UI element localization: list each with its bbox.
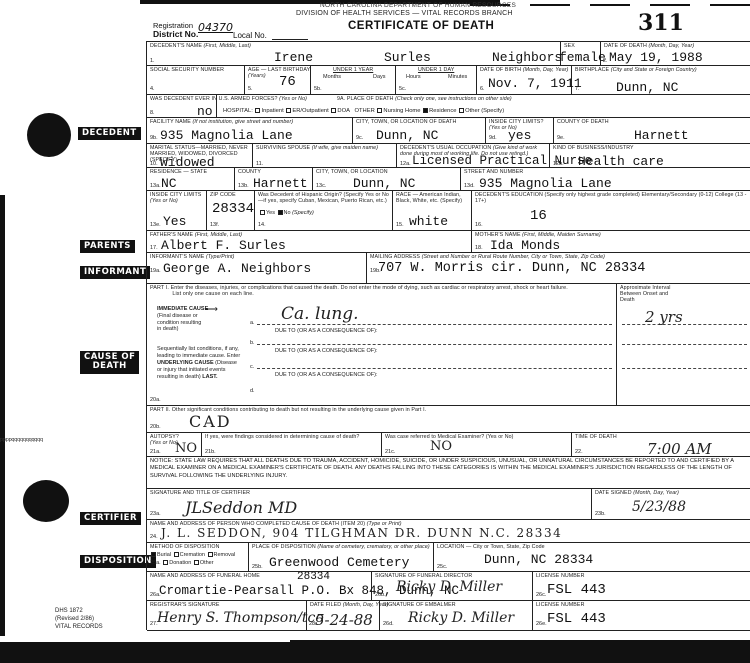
interval-line-a[interactable] bbox=[622, 324, 747, 325]
label-funeral-home: NAME AND ADDRESS OF FUNERAL HOME bbox=[150, 573, 260, 579]
checkbox-er-outpatient[interactable] bbox=[286, 108, 291, 113]
option-label: Inpatient bbox=[261, 108, 283, 114]
value-res-inside-limits: Yes bbox=[163, 214, 186, 229]
value-certifier-signature: JLSeddon MD bbox=[185, 498, 297, 517]
field-findings: If yes, were findings considered in dete… bbox=[202, 433, 382, 456]
value-facility: 935 Magnolia Lane bbox=[160, 128, 293, 143]
side-tab-parents: PARENTS bbox=[80, 240, 135, 253]
checkbox-hispanic-yes[interactable] bbox=[260, 210, 265, 215]
item-number: 8. bbox=[150, 110, 155, 116]
label-findings: If yes, were findings considered in dete… bbox=[205, 434, 359, 440]
label-method: METHOD OF DISPOSITION bbox=[150, 544, 220, 550]
field-date-of-death: DATE OF DEATH (Month, Day, Year) 2. May … bbox=[601, 42, 750, 65]
item-number: 13b. bbox=[238, 183, 249, 189]
field-father: FATHER'S NAME (First, Middle, Last) 17. … bbox=[147, 231, 472, 252]
option-label: Removal bbox=[214, 552, 236, 558]
row-decedent-name: DECEDENT'S NAME (First, Middle, Last) 1.… bbox=[147, 42, 750, 66]
section-cause-part2: PART II. Other significant conditions co… bbox=[147, 406, 750, 433]
item-number: 9c. bbox=[356, 135, 363, 141]
row-autopsy: AUTOPSY?(Yes or No) 21a. NO If yes, were… bbox=[147, 433, 750, 457]
label-hospital: HOSPITAL: bbox=[223, 108, 253, 114]
field-place-of-disposition: PLACE OF DISPOSITION (Name of cemetery, … bbox=[249, 543, 434, 571]
value-disposition-location: Dunn, NC 28334 bbox=[484, 552, 593, 567]
line-letter: c. bbox=[250, 364, 254, 370]
field-residence-county: COUNTY 13b. Harnett bbox=[235, 168, 313, 190]
value-father: Albert F. Surles bbox=[161, 238, 286, 253]
item-number: 15. bbox=[396, 222, 404, 228]
row-funeral-home: NAME AND ADDRESS OF FUNERAL HOME 28334 2… bbox=[147, 572, 750, 601]
item-number: 13f. bbox=[210, 222, 219, 228]
value-residence-city: Dunn, NC bbox=[353, 176, 415, 191]
checkbox-other[interactable] bbox=[459, 108, 464, 113]
value-education: 16 bbox=[530, 208, 547, 224]
value-residence-county: Harnett bbox=[253, 176, 308, 191]
side-tab-certifier: CERTIFIER bbox=[80, 512, 141, 525]
cause-line-a[interactable] bbox=[257, 324, 612, 325]
line-letter: d. bbox=[250, 388, 255, 394]
field-date-of-birth: DATE OF BIRTH (Month, Day, Year) 6. Nov.… bbox=[477, 66, 572, 94]
item-number: 25a. bbox=[150, 560, 161, 566]
value-informant-address: 707 W. Morris cir. Dunn, NC 28334 bbox=[378, 261, 645, 276]
item-number: 24. bbox=[150, 534, 158, 540]
method-options: Burial Cremation Removal 25a. Donation O… bbox=[150, 551, 235, 568]
label-residence-county: COUNTY bbox=[238, 169, 261, 175]
row-marital: MARITAL STATUS—Married, Never Married, W… bbox=[147, 144, 750, 168]
item-number: 25c. bbox=[437, 564, 447, 570]
value-date-signed: 5/23/88 bbox=[632, 499, 686, 515]
option-label: Burial bbox=[157, 552, 171, 558]
checkbox-other-disposition[interactable] bbox=[194, 560, 199, 565]
label-birthplace: BIRTHPLACE (City and State or Foreign Co… bbox=[575, 67, 697, 73]
field-funeral-director: SIGNATURE OF FUNERAL DIRECTOR 26b. Ricky… bbox=[372, 572, 533, 600]
form-revised: (Revised 2/86) bbox=[55, 616, 103, 624]
field-registrar-signature: REGISTRAR'S SIGNATURE 27. Henry S. Thomp… bbox=[147, 601, 307, 630]
value-director-license: FSL 443 bbox=[547, 582, 606, 598]
agency-line-1: NORTH CAROLINA DEPARTMENT OF HUMAN RESOU… bbox=[320, 2, 516, 9]
side-tab-informant: INFORMANT bbox=[80, 266, 150, 279]
item-number: 13d. bbox=[464, 183, 475, 189]
label-sequential-hint: Sequentially list conditions, if any, le… bbox=[157, 346, 241, 380]
row-informant: INFORMANT'S NAME (Type/Print) 19a. Georg… bbox=[147, 253, 750, 284]
form-dept: VITAL RECORDS bbox=[55, 624, 103, 632]
label-date-signed: DATE SIGNED (Month, Day, Year) bbox=[595, 490, 679, 496]
field-res-inside-limits: INSIDE CITY LIMITS(Yes or No) 13e. Yes bbox=[147, 191, 207, 230]
label-decedent-name: DECEDENT'S NAME (First, Middle, Last) bbox=[150, 43, 251, 49]
label-disposition-location: LOCATION — City or Town, State, Zip Code bbox=[437, 544, 545, 550]
value-armed-forces: no bbox=[197, 104, 213, 119]
value-autopsy: NO bbox=[175, 441, 197, 456]
label-other: OTHER bbox=[355, 108, 375, 114]
item-number: 23b. bbox=[595, 511, 606, 517]
value-date-of-death: May 19, 1988 bbox=[609, 50, 703, 65]
row-certifier: SIGNATURE AND TITLE OF CERTIFIER 23a. JL… bbox=[147, 489, 750, 520]
value-informant-name: George A. Neighbors bbox=[163, 261, 311, 276]
field-marital-status: MARITAL STATUS—Married, Never Married, W… bbox=[147, 144, 253, 167]
label-minutes: Minutes bbox=[448, 74, 467, 80]
side-tab-cause-line2: DEATH bbox=[84, 362, 135, 371]
value-middle-name: Surles bbox=[384, 50, 431, 65]
field-under-1-day: UNDER 1 DAY Hours Minutes 5c. bbox=[396, 66, 477, 94]
section-cause-part1: PART I. Enter the diseases, injuries, or… bbox=[147, 284, 750, 406]
value-completed-by: J. L. SEDDON, 904 TILGHMAN DR. DUNN N.C.… bbox=[161, 526, 562, 540]
death-certificate-form: DECEDENT'S NAME (First, Middle, Last) 1.… bbox=[146, 41, 750, 630]
label-registrar-signature: REGISTRAR'S SIGNATURE bbox=[150, 602, 220, 608]
value-date-filed: 5-24-88 bbox=[315, 611, 373, 629]
option-label: Cremation bbox=[180, 552, 205, 558]
label-under-1-year: UNDER 1 YEAR bbox=[333, 67, 373, 73]
value-age: 76 bbox=[279, 74, 296, 90]
me-notice: NOTICE: STATE LAW REQUIRES THAT ALL DEAT… bbox=[150, 458, 747, 480]
field-mother: MOTHER'S NAME (First, Middle, Maiden Sur… bbox=[472, 231, 750, 252]
registration-label-line2: District No. bbox=[153, 29, 198, 39]
value-race: white bbox=[409, 214, 448, 229]
item-number: 20b. bbox=[150, 424, 161, 430]
option-label: (Specify) bbox=[292, 210, 314, 216]
item-number: 7. bbox=[575, 86, 580, 92]
option-label: Other bbox=[200, 560, 214, 566]
value-interval-a: 2 yrs bbox=[645, 308, 683, 326]
value-residence-state: NC bbox=[161, 176, 177, 191]
field-age: AGE — Last Birthday(Years) 5. 76 bbox=[245, 66, 311, 94]
item-number: 21b. bbox=[205, 449, 216, 455]
field-me-referred: Was case referred to Medical Examiner? (… bbox=[382, 433, 572, 456]
item-number: 17. bbox=[150, 245, 158, 251]
label-informant-address: MAILING ADDRESS (Street and Number or Ru… bbox=[370, 254, 605, 260]
local-no-field bbox=[272, 39, 308, 40]
field-race: RACE — American Indian, Black, White, et… bbox=[393, 191, 472, 230]
label-director-license: LICENSE NUMBER bbox=[536, 573, 585, 579]
value-cause-a: Ca. lung. bbox=[281, 304, 359, 324]
form-code: DHS 1872 (Revised 2/86) VITAL RECORDS bbox=[55, 608, 103, 631]
row-residence: RESIDENCE — STATE 13a. NC COUNTY 13b. Ha… bbox=[147, 168, 750, 191]
label-due-to-c: DUE TO (OR AS A CONSEQUENCE OF): bbox=[275, 372, 377, 378]
item-number: 6. bbox=[480, 86, 485, 92]
item-number: 21c. bbox=[385, 449, 395, 455]
option-label: Nursing Home bbox=[383, 108, 420, 114]
item-number: 9b. bbox=[150, 135, 158, 141]
field-education: DECEDENT'S EDUCATION (Specify only highe… bbox=[472, 191, 750, 230]
side-tab-cause-of-death: CAUSE OF DEATH bbox=[80, 351, 139, 374]
label-immediate-hint: (Final disease or condition resulting in… bbox=[157, 313, 207, 333]
field-disposition-location: LOCATION — City or Town, State, Zip Code… bbox=[434, 543, 750, 571]
item-number: 12a. bbox=[400, 161, 411, 167]
value-mother: Ida Monds bbox=[490, 238, 560, 253]
part1-instructions: PART I. Enter the diseases, injuries, or… bbox=[150, 285, 568, 297]
field-facility-name: FACILITY NAME (If not institution, give … bbox=[147, 118, 353, 143]
side-tab-decedent: DECEDENT bbox=[78, 127, 141, 140]
field-ssn: SOCIAL SECURITY NUMBER 4. bbox=[147, 66, 245, 94]
field-time-of-death: TIME OF DEATH 22. 7:00 AM bbox=[572, 433, 750, 456]
field-place-of-death: 9a. PLACE OF DEATH (Check only one, see … bbox=[217, 95, 750, 117]
cause-line-c[interactable] bbox=[257, 368, 612, 369]
item-number: 5b. bbox=[314, 86, 322, 92]
item-number: 4. bbox=[150, 86, 155, 92]
field-method-of-disposition: METHOD OF DISPOSITION Burial Cremation R… bbox=[147, 543, 249, 571]
label-immediate-cause: IMMEDIATE CAUSE bbox=[157, 306, 208, 312]
row-place-of-death: WAS DECEDENT EVER IN U.S. ARMED FORCES? … bbox=[147, 95, 750, 118]
field-surviving-spouse: SURVIVING SPOUSE (If wife, give maiden n… bbox=[253, 144, 397, 167]
checkbox-nursing-home[interactable] bbox=[377, 108, 382, 113]
item-number: 25b. bbox=[252, 564, 263, 570]
line-letter: a. bbox=[250, 320, 255, 326]
option-label: No bbox=[284, 210, 291, 216]
item-number: 9e. bbox=[557, 135, 565, 141]
label-race: RACE — American Indian, Black, White, et… bbox=[396, 192, 472, 204]
label-place-of-death: 9a. PLACE OF DEATH (Check only one, see … bbox=[337, 96, 512, 102]
scan-edge-bottom bbox=[0, 640, 750, 663]
label-date-of-death: DATE OF DEATH (Month, Day, Year) bbox=[604, 43, 694, 49]
label-death-city: CITY, TOWN, OR LOCATION OF DEATH bbox=[356, 119, 456, 125]
label-embalmer: SIGNATURE OF EMBALMER bbox=[383, 602, 456, 608]
label-due-to-a: DUE TO (OR AS A CONSEQUENCE OF): bbox=[275, 328, 377, 334]
checkbox-hispanic-no-checked[interactable] bbox=[278, 210, 283, 215]
field-informant-address: MAILING ADDRESS (Street and Number or Ru… bbox=[367, 253, 750, 283]
option-label: Yes bbox=[266, 210, 275, 216]
item-number: 16. bbox=[475, 222, 483, 228]
label-facility: FACILITY NAME (If not institution, give … bbox=[150, 119, 293, 125]
local-no-label: Local No. bbox=[233, 31, 267, 40]
value-funeral-home-zip: 28334 bbox=[297, 571, 330, 583]
line-letter: b. bbox=[250, 340, 255, 346]
field-sex: SEX female bbox=[561, 42, 601, 65]
registration-district-number: 04370 bbox=[198, 21, 233, 34]
field-autopsy: AUTOPSY?(Yes or No) 21a. NO bbox=[147, 433, 202, 456]
field-residence-state: RESIDENCE — STATE 13a. NC bbox=[147, 168, 235, 190]
item-number: 13e. bbox=[150, 222, 161, 228]
cause-line-b[interactable] bbox=[257, 344, 612, 345]
field-embalmer-license: LICENSE NUMBER 26e. FSL 443 bbox=[533, 601, 750, 630]
value-sex: female bbox=[559, 50, 606, 65]
label-hours: Hours bbox=[406, 74, 421, 80]
field-embalmer: SIGNATURE OF EMBALMER 26d. Ricky D. Mill… bbox=[380, 601, 533, 630]
field-armed-forces: WAS DECEDENT EVER IN U.S. ARMED FORCES? … bbox=[147, 95, 217, 117]
label-embalmer-license: LICENSE NUMBER bbox=[536, 602, 585, 608]
value-inside-limits: yes bbox=[508, 128, 531, 143]
option-label: Other (Specify) bbox=[465, 108, 504, 114]
field-street: STREET AND NUMBER 13d. 935 Magnolia Lane bbox=[461, 168, 750, 190]
field-birthplace: BIRTHPLACE (City and State or Foreign Co… bbox=[572, 66, 750, 94]
field-funeral-home: NAME AND ADDRESS OF FUNERAL HOME 28334 2… bbox=[147, 572, 372, 600]
value-me-referred: NO bbox=[430, 439, 452, 454]
field-director-license: LICENSE NUMBER 26c. FSL 443 bbox=[533, 572, 750, 600]
value-place-of-disposition: Greenwood Cemetery bbox=[269, 555, 409, 570]
certificate-title: CERTIFICATE OF DEATH bbox=[348, 20, 494, 32]
row-demographics: INSIDE CITY LIMITS(Yes or No) 13e. Yes Z… bbox=[147, 191, 750, 231]
item-number: 9d. bbox=[489, 135, 497, 141]
label-date-of-birth: DATE OF BIRTH (Month, Day, Year) bbox=[480, 67, 568, 73]
field-date-signed: DATE SIGNED (Month, Day, Year) 23b. 5/23… bbox=[592, 489, 750, 519]
row-notice: NOTICE: STATE LAW REQUIRES THAT ALL DEAT… bbox=[147, 457, 750, 489]
field-date-filed: DATE FILED (Month, Day, Year) 28. 5-24-8… bbox=[307, 601, 380, 630]
checkbox-doa[interactable] bbox=[331, 108, 336, 113]
option-label: Residence bbox=[429, 108, 456, 114]
label-residence-state: RESIDENCE — STATE bbox=[150, 169, 207, 175]
label-date-filed: DATE FILED (Month, Day, Year) bbox=[310, 602, 389, 608]
place-of-death-options: HOSPITAL: Inpatient ER/Outpatient DOA OT… bbox=[223, 108, 504, 114]
item-number: 11. bbox=[256, 161, 263, 167]
item-number: 26c. bbox=[536, 592, 546, 598]
label-county-of-death: COUNTY OF DEATH bbox=[557, 119, 609, 125]
item-number: 2. bbox=[603, 58, 608, 64]
field-certifier-signature: SIGNATURE AND TITLE OF CERTIFIER 23a. JL… bbox=[147, 489, 592, 519]
field-hispanic-origin: Was Decedent of Hispanic Origin? (Specif… bbox=[255, 191, 393, 230]
label-months: Months bbox=[323, 74, 341, 80]
label-business: KIND OF BUSINESS/INDUSTRY bbox=[553, 145, 634, 151]
value-time-of-death: 7:00 AM bbox=[647, 440, 712, 458]
label-place-of-disposition: PLACE OF DISPOSITION (Name of cemetery, … bbox=[252, 544, 432, 550]
item-number: 5. bbox=[248, 86, 253, 92]
label-interval: Approximate Interval Between Onset and D… bbox=[620, 285, 680, 303]
label-hispanic: Was Decedent of Hispanic Origin? (Specif… bbox=[258, 192, 392, 204]
item-number: 5c. bbox=[399, 86, 406, 92]
field-onset-interval: Approximate Interval Between Onset and D… bbox=[617, 284, 750, 405]
field-cause-lines: PART I. Enter the diseases, injuries, or… bbox=[147, 284, 617, 405]
item-number: 21a. bbox=[150, 449, 161, 455]
field-occupation: DECEDENT'S USUAL OCCUPATION (Give kind o… bbox=[397, 144, 550, 167]
checkbox-cremation[interactable] bbox=[174, 552, 179, 557]
label-informant-name: INFORMANT'S NAME (Type/Print) bbox=[150, 254, 234, 260]
item-number: 1. bbox=[150, 58, 155, 64]
field-residence-city: CITY, TOWN, OR LOCATION 13c. Dunn, NC bbox=[313, 168, 461, 190]
field-county-of-death: COUNTY OF DEATH 9e. Harnett bbox=[554, 118, 750, 143]
agency-line-2: DIVISION OF HEALTH SERVICES — VITAL RECO… bbox=[296, 10, 513, 17]
checkbox-inpatient[interactable] bbox=[255, 108, 260, 113]
field-business: KIND OF BUSINESS/INDUSTRY 12b. Health ca… bbox=[550, 144, 750, 167]
row-completed-by: NAME AND ADDRESS OF PERSON WHO COMPLETED… bbox=[147, 520, 750, 543]
value-last-name: Neighbors bbox=[492, 50, 562, 65]
field-under-1-year: UNDER 1 YEAR Months Days 5b. bbox=[311, 66, 396, 94]
row-facility: FACILITY NAME (If not institution, give … bbox=[147, 118, 750, 144]
checkbox-donation[interactable] bbox=[163, 560, 168, 565]
item-number: 14. bbox=[258, 222, 266, 228]
field-inside-city-limits: INSIDE CITY LIMITS?(Yes or No) 9d. yes bbox=[486, 118, 554, 143]
label-certifier-signature: SIGNATURE AND TITLE OF CERTIFIER bbox=[150, 490, 250, 496]
item-number: 10. bbox=[150, 161, 158, 167]
item-number: 12b. bbox=[553, 161, 564, 167]
label-street: STREET AND NUMBER bbox=[464, 169, 523, 175]
certificate-number: 311 bbox=[638, 10, 684, 36]
label-zip: ZIP CODE bbox=[210, 192, 236, 198]
item-number: 26b. bbox=[375, 592, 386, 598]
side-code-text: ppppqqqqqqqqqqq bbox=[0, 437, 43, 443]
value-county-of-death: Harnett bbox=[634, 128, 689, 143]
value-registrar-signature: Henry S. Thompson/tco bbox=[157, 610, 324, 626]
item-number: 26e. bbox=[536, 621, 547, 627]
label-under-1-day: UNDER 1 DAY bbox=[418, 67, 454, 73]
interval-line-c[interactable] bbox=[622, 368, 747, 369]
registration-label: Registration District No. bbox=[153, 22, 198, 39]
label-spouse: SURVIVING SPOUSE (If wife, give maiden n… bbox=[256, 145, 378, 151]
item-number: 20a. bbox=[150, 397, 161, 403]
row-parents: FATHER'S NAME (First, Middle, Last) 17. … bbox=[147, 231, 750, 253]
item-number: 18. bbox=[475, 245, 483, 251]
value-street: 935 Magnolia Lane bbox=[479, 176, 612, 191]
punch-hole-top bbox=[27, 113, 71, 157]
value-zip: 28334 bbox=[212, 201, 254, 217]
label-sex: SEX bbox=[564, 43, 575, 49]
item-number: 22. bbox=[575, 449, 583, 455]
label-ssn: SOCIAL SECURITY NUMBER bbox=[150, 67, 224, 73]
option-label: ER/Outpatient bbox=[292, 108, 328, 114]
item-number: 13a. bbox=[150, 183, 161, 189]
item-number: 23a. bbox=[150, 511, 161, 517]
punch-hole-bottom bbox=[23, 480, 69, 522]
value-business: Health care bbox=[578, 154, 664, 169]
row-registrar: REGISTRAR'S SIGNATURE 27. Henry S. Thomp… bbox=[147, 601, 750, 631]
label-days: Days bbox=[373, 74, 386, 80]
value-embalmer-license: FSL 443 bbox=[547, 611, 606, 627]
label-time-of-death: TIME OF DEATH bbox=[575, 434, 617, 440]
value-embalmer-signature: Ricky D. Miller bbox=[408, 610, 514, 626]
interval-line-b[interactable] bbox=[622, 344, 747, 345]
field-decedent-name: DECEDENT'S NAME (First, Middle, Last) 1.… bbox=[147, 42, 561, 65]
value-first-name: Irene bbox=[274, 50, 313, 65]
checkbox-residence-checked[interactable] bbox=[423, 108, 428, 113]
option-label: Donation bbox=[169, 560, 191, 566]
item-number: 26d. bbox=[383, 621, 394, 627]
checkbox-burial-checked[interactable] bbox=[151, 552, 156, 557]
value-date-of-birth: Nov. 7, 1911 bbox=[488, 76, 582, 91]
label-education: DECEDENT'S EDUCATION (Specify only highe… bbox=[475, 192, 750, 204]
label-residence-city: CITY, TOWN, OR LOCATION bbox=[316, 169, 388, 175]
form-code-number: DHS 1872 bbox=[55, 608, 103, 616]
field-informant-name: INFORMANT'S NAME (Type/Print) 19a. Georg… bbox=[147, 253, 367, 283]
row-age-birth: SOCIAL SECURITY NUMBER 4. AGE — Last Bir… bbox=[147, 66, 750, 95]
label-due-to-b: DUE TO (OR AS A CONSEQUENCE OF): bbox=[275, 348, 377, 354]
checkbox-removal[interactable] bbox=[208, 552, 213, 557]
side-tab-disposition: DISPOSITION bbox=[80, 555, 156, 568]
option-label: DOA bbox=[337, 108, 349, 114]
value-funeral-director-signature: Ricky D. Miller bbox=[396, 579, 502, 595]
scan-gap bbox=[0, 636, 290, 642]
value-birthplace: Dunn, NC bbox=[616, 80, 678, 95]
value-death-city: Dunn, NC bbox=[376, 128, 438, 143]
value-part2: CAD bbox=[189, 412, 232, 431]
label-res-inside-limits: INSIDE CITY LIMITS(Yes or No) bbox=[150, 192, 201, 204]
row-disposition: METHOD OF DISPOSITION Burial Cremation R… bbox=[147, 543, 750, 572]
item-number: 13c. bbox=[316, 183, 326, 189]
item-number: 19a. bbox=[150, 268, 161, 274]
field-zip: ZIP CODE 13f. 28334 bbox=[207, 191, 255, 230]
field-death-city: CITY, TOWN, OR LOCATION OF DEATH 9c. Dun… bbox=[353, 118, 486, 143]
scan-edge-left bbox=[0, 195, 5, 640]
hispanic-options: Yes No (Specify) bbox=[259, 210, 314, 216]
